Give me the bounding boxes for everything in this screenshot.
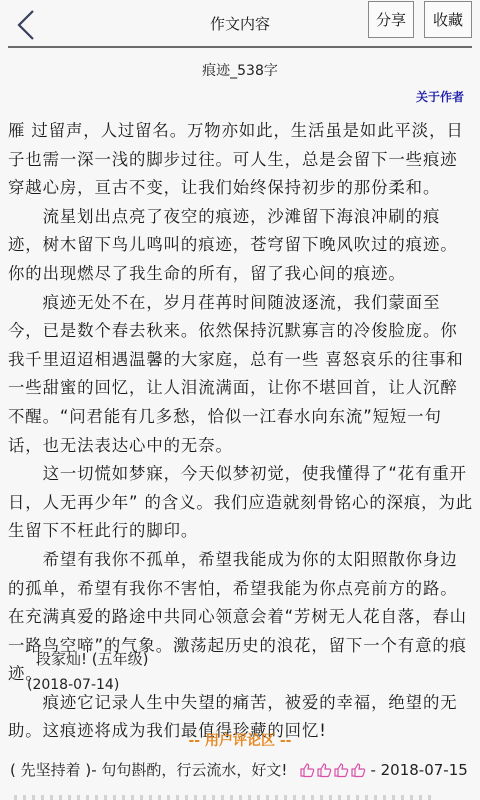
comments-section-header: -- 用户评论区 -- bbox=[0, 730, 480, 750]
essay-paragraph: 痕迹无处不在，岁月荏苒时间随波逐流，我们蒙面至今，已是数个春去秋来。依然保持沉默… bbox=[8, 289, 474, 461]
favorite-button[interactable]: 收藏 bbox=[424, 1, 472, 38]
comment-user[interactable]: ( 先坚持着 ) bbox=[10, 759, 91, 780]
essay-author: 段家灿! (五年级) bbox=[36, 648, 149, 669]
comment-text: - 句句斟酌，行云流水，好文! bbox=[91, 759, 287, 780]
comment-rating bbox=[299, 762, 366, 778]
essay-date: (2018-07-14) bbox=[27, 677, 119, 693]
comment-item-clipped bbox=[14, 795, 434, 800]
essay-paragraph: 这一切慌如梦寐，今天似梦初觉，使我懂得了“花有重开日，人无再少年” 的含义。我们… bbox=[8, 460, 474, 546]
comment-date: - 2018-07-15 bbox=[370, 761, 467, 779]
thumbs-up-icon bbox=[299, 762, 315, 778]
about-author-link[interactable]: 关于作者 bbox=[416, 88, 464, 105]
comment-item: ( 先坚持着 ) - 句句斟酌，行云流水，好文! - 2018-07-15 bbox=[10, 759, 468, 780]
essay-paragraph: 流星划出点亮了夜空的痕迹，沙滩留下海浪冲刷的痕迹，树木留下鸟儿鸣叫的痕迹，苍穹留… bbox=[8, 203, 474, 289]
essay-title: 痕迹_538字 bbox=[0, 60, 480, 80]
thumbs-up-icon bbox=[350, 762, 366, 778]
essay-paragraph: 雁 过留声，人过留名。万物亦如此，生活虽是如此平淡，日子也需一深一浅的脚步过往。… bbox=[8, 117, 474, 203]
thumbs-up-icon bbox=[333, 762, 349, 778]
top-bar: 作文内容 分享 收藏 bbox=[0, 0, 480, 47]
share-button[interactable]: 分享 bbox=[368, 1, 414, 38]
header-divider bbox=[8, 46, 472, 48]
thumbs-up-icon bbox=[316, 762, 332, 778]
